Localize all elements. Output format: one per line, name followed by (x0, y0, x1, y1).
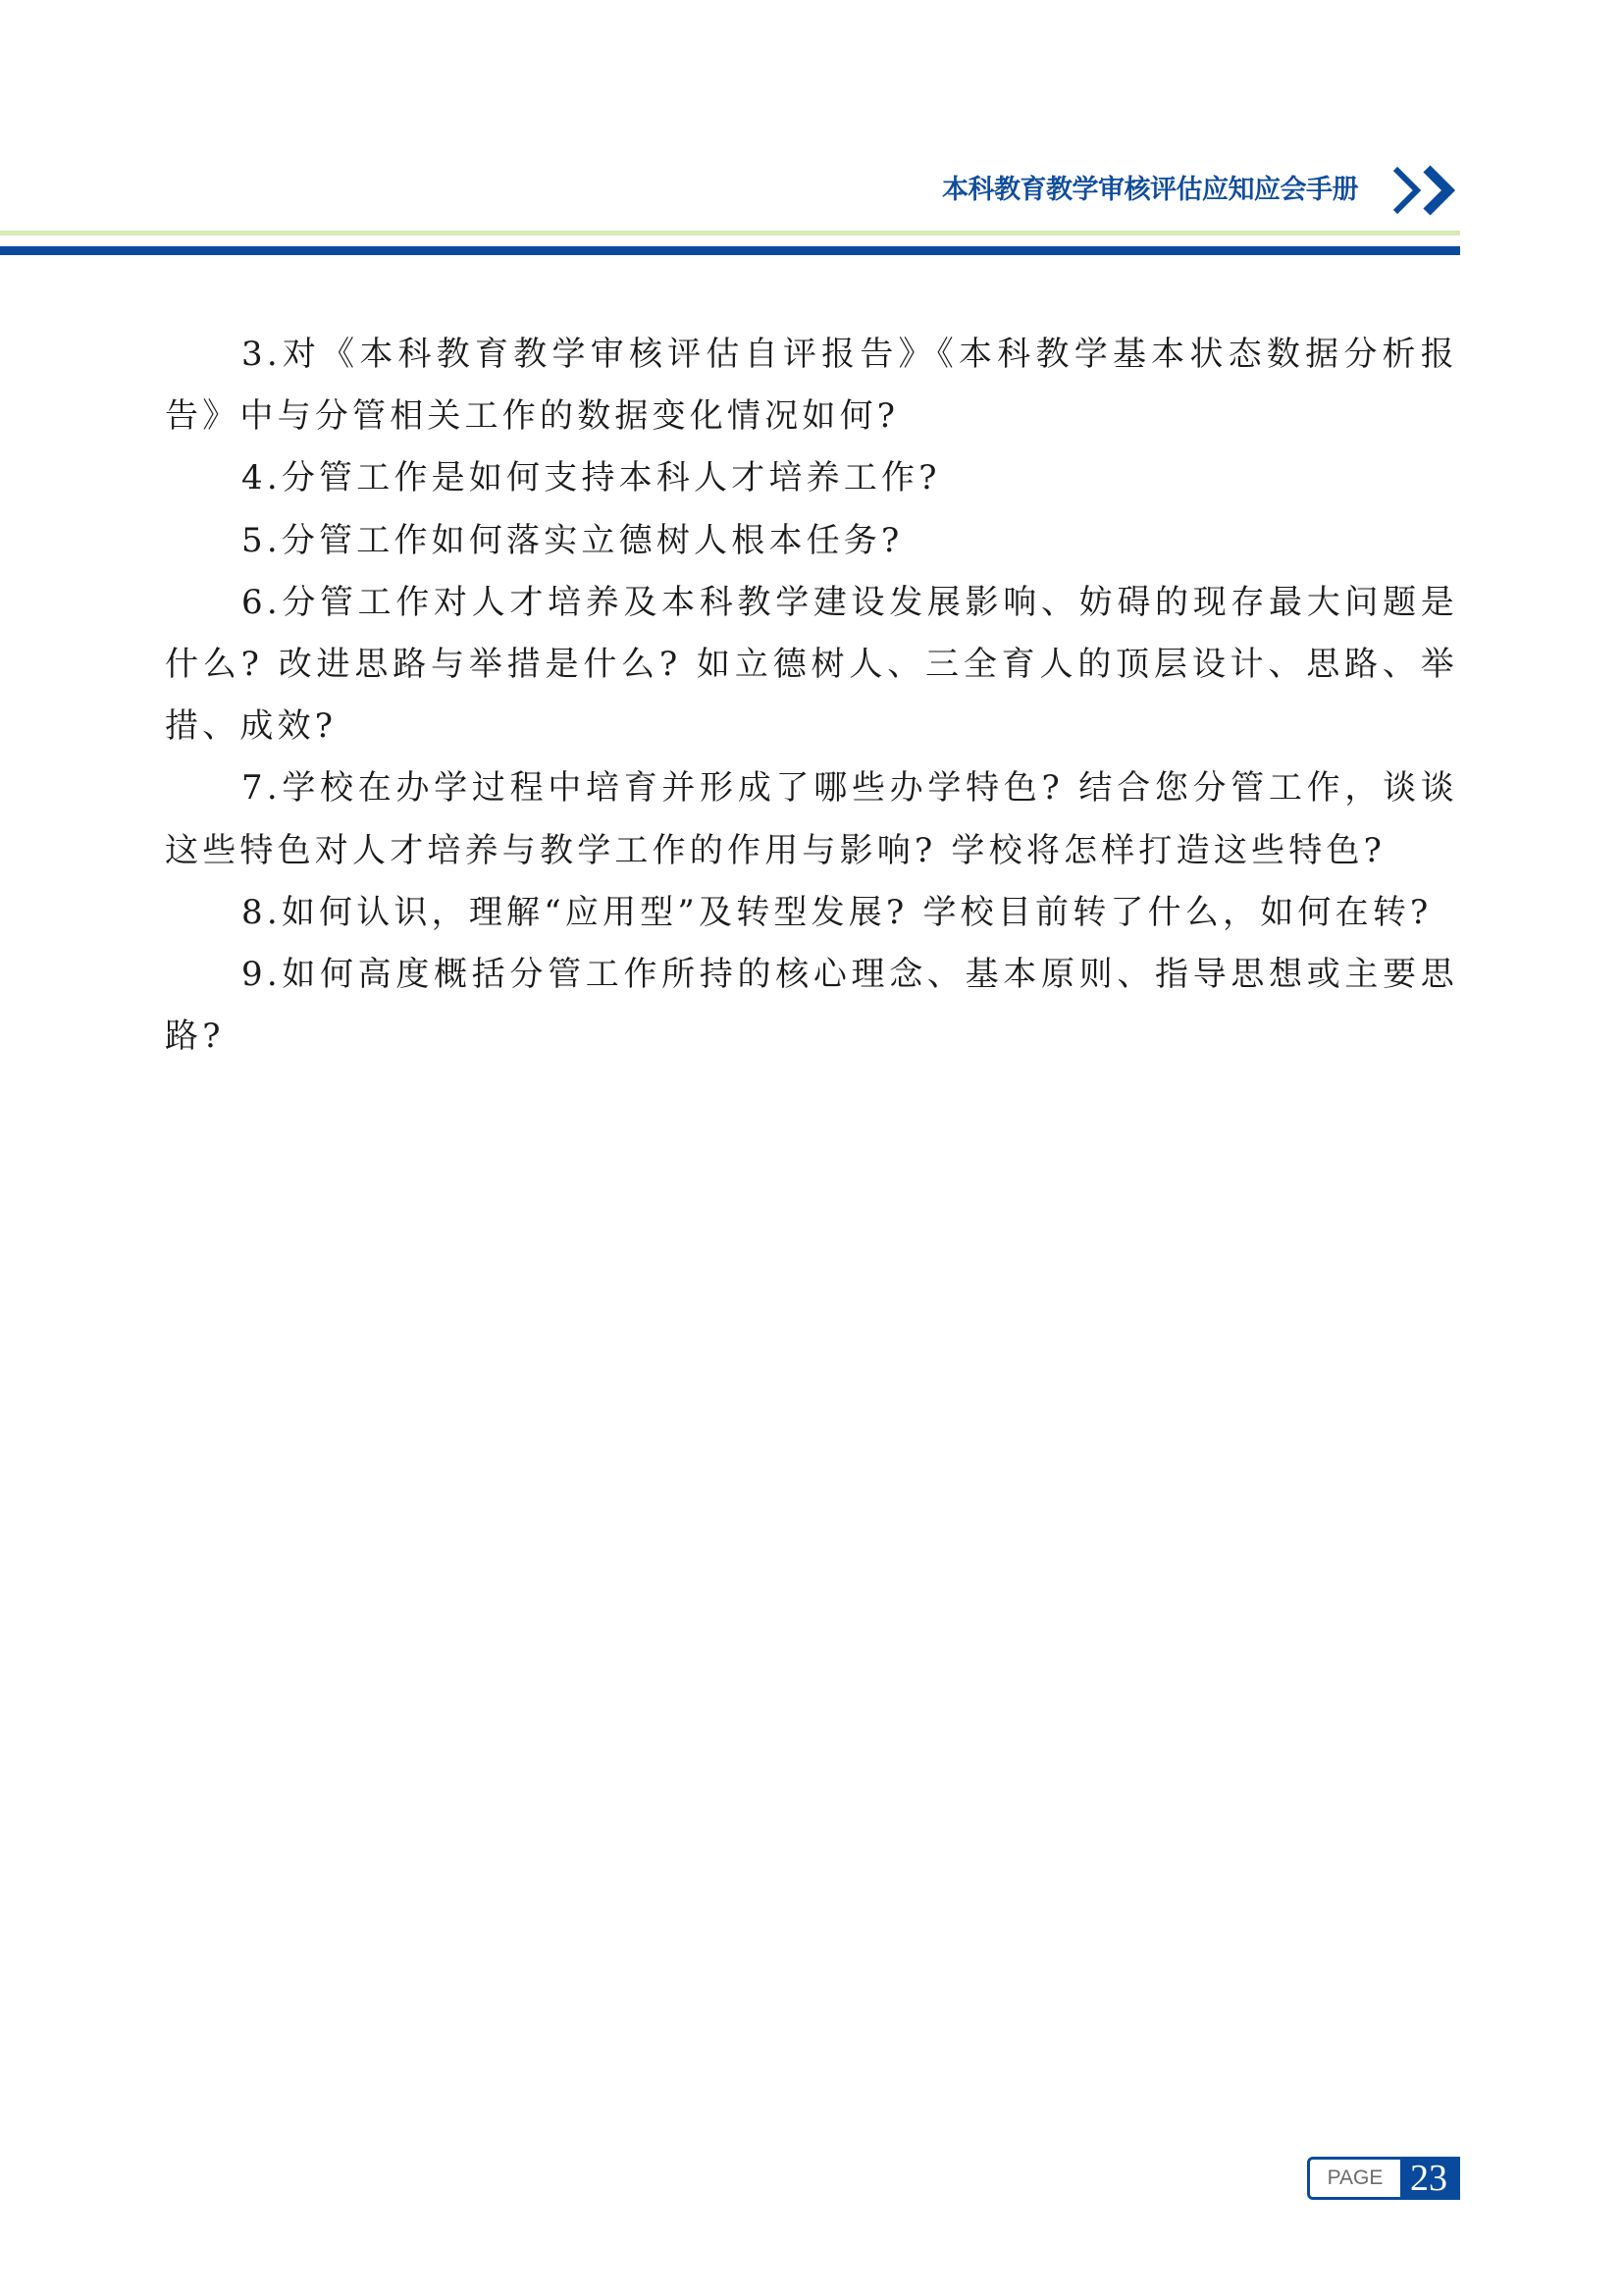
question-item: 4.分管工作是如何支持本科人才培养工作? (165, 447, 1458, 509)
page-number-badge: PAGE 23 (1307, 2157, 1460, 2200)
double-chevron-right-icon (1389, 165, 1458, 216)
question-item: 8.如何认识，理解“应用型”及转型发展? 学校目前转了什么，如何在转? (165, 882, 1458, 944)
question-item: 6.分管工作对人才培养及本科教学建设发展影响、妨碍的现存最大问题是什么? 改进思… (165, 572, 1458, 758)
header-divider-blue (0, 246, 1460, 255)
page-number: 23 (1400, 2160, 1457, 2197)
question-item: 9.如何高度概括分管工作所持的核心理念、基本原则、指导思想或主要思路? (165, 944, 1458, 1068)
question-list: 3.对《本科教育教学审核评估自评报告》《本科教学基本状态数据分析报告》中与分管相… (165, 324, 1458, 1068)
page-label: PAGE (1310, 2160, 1400, 2197)
question-item: 3.对《本科教育教学审核评估自评报告》《本科教学基本状态数据分析报告》中与分管相… (165, 324, 1458, 447)
handbook-title: 本科教育教学审核评估应知应会手册 (942, 173, 1358, 208)
question-item: 5.分管工作如何落实立德树人根本任务? (165, 510, 1458, 572)
header-divider-green (0, 231, 1460, 235)
question-item: 7.学校在办学过程中培育并形成了哪些办学特色? 结合您分管工作，谈谈这些特色对人… (165, 757, 1458, 881)
